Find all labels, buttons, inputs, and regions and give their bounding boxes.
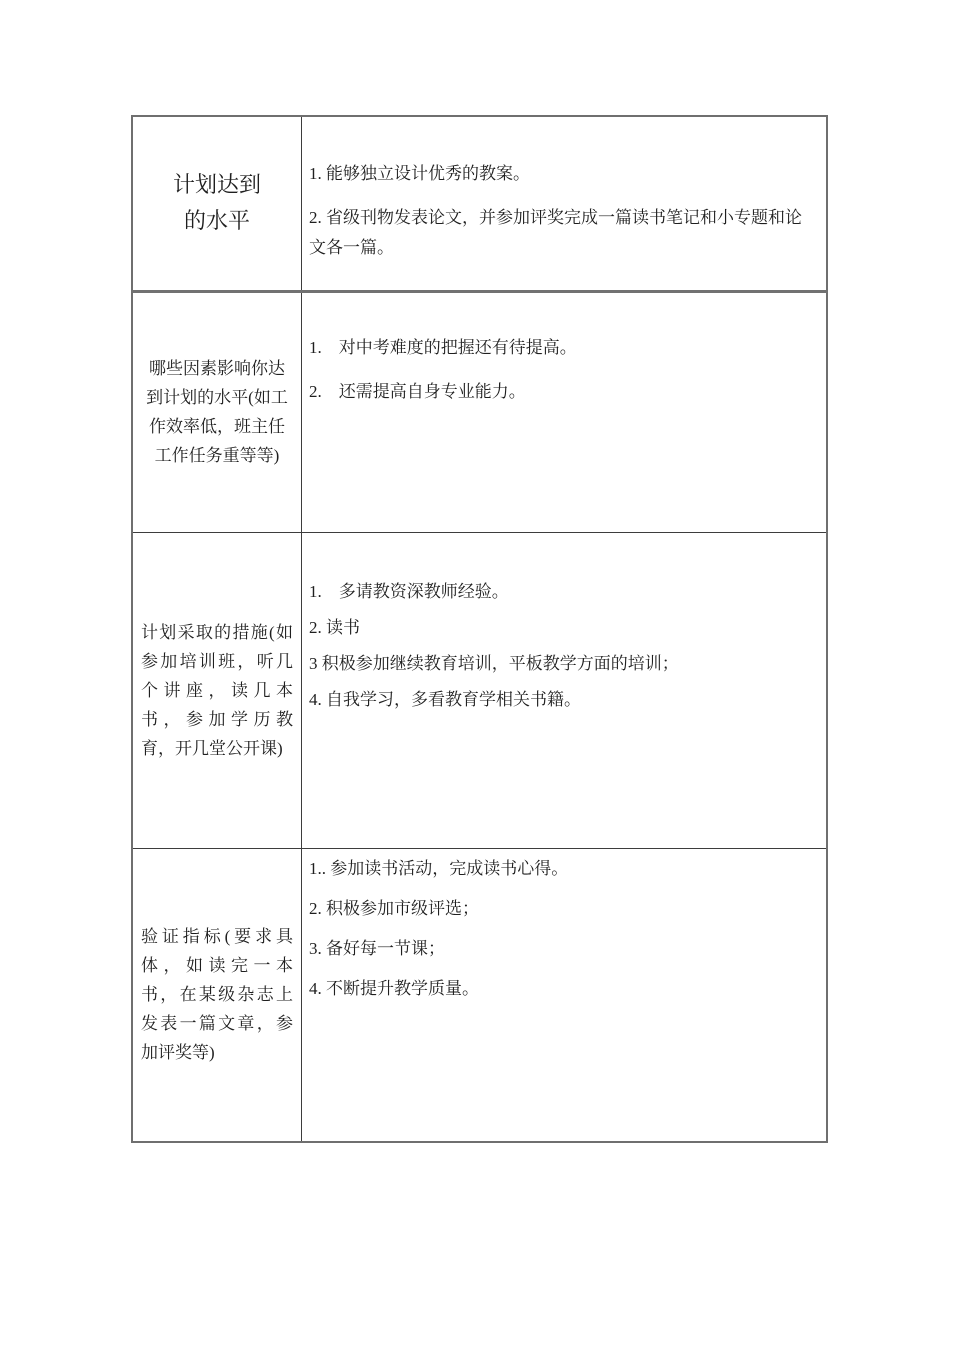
content-paragraph: 2. 还需提高自身专业能力。	[309, 377, 818, 407]
content-paragraph: 4. 自我学习，多看教育学相关书籍。	[309, 685, 818, 715]
row-label: 计划采取的措施(如参加培训班，听几个讲座，读几本书，参加学历教育，开几堂公开课)	[141, 618, 293, 763]
content-paragraph: 3 积极参加继续教育培训，平板教学方面的培训；	[309, 649, 818, 679]
row-label: 计划达到 的水平	[141, 167, 293, 239]
content-paragraph: 1.. 参加读书活动，完成读书心得。	[309, 854, 818, 884]
content-paragraph: 3. 备好每一节课；	[309, 934, 818, 964]
content-paragraph: 1. 多请教资深教师经验。	[309, 577, 818, 607]
row-label: 验证指标(要求具体，如读完一本书，在某级杂志上发表一篇文章，参加评奖等)	[141, 922, 293, 1067]
table-row-planned-measures: 计划采取的措施(如参加培训班，听几个讲座，读几本书，参加学历教育，开几堂公开课)…	[132, 532, 827, 848]
row-content-cell: 1. 多请教资深教师经验。 2. 读书 3 积极参加继续教育培训，平板教学方面的…	[302, 532, 828, 848]
table-row-planned-level: 计划达到 的水平 1. 能够独立设计优秀的教案。 2. 省级刊物发表论文，并参加…	[132, 116, 827, 291]
row-label-cell: 计划采取的措施(如参加培训班，听几个讲座，读几本书，参加学历教育，开几堂公开课)	[132, 532, 302, 848]
development-plan-table: 计划达到 的水平 1. 能够独立设计优秀的教案。 2. 省级刊物发表论文，并参加…	[131, 115, 828, 1143]
row-label: 哪些因素影响你达到计划的水平(如工作效率低，班主任工作任务重等等)	[141, 354, 293, 470]
content-paragraph: 1. 能够独立设计优秀的教案。	[309, 159, 818, 189]
row-label-cell: 验证指标(要求具体，如读完一本书，在某级杂志上发表一篇文章，参加评奖等)	[132, 848, 302, 1142]
row-content-cell: 1. 对中考难度的把握还有待提高。 2. 还需提高自身专业能力。	[302, 291, 828, 532]
row-content-cell: 1.. 参加读书活动，完成读书心得。 2. 积极参加市级评选； 3. 备好每一节…	[302, 848, 828, 1142]
document-page: 计划达到 的水平 1. 能够独立设计优秀的教案。 2. 省级刊物发表论文，并参加…	[0, 0, 960, 1357]
row-label-cell: 哪些因素影响你达到计划的水平(如工作效率低，班主任工作任务重等等)	[132, 291, 302, 532]
table-row-influencing-factors: 哪些因素影响你达到计划的水平(如工作效率低，班主任工作任务重等等) 1. 对中考…	[132, 291, 827, 532]
content-paragraph: 2. 省级刊物发表论文，并参加评奖完成一篇读书笔记和小专题和论文各一篇。	[309, 203, 818, 263]
row-content-cell: 1. 能够独立设计优秀的教案。 2. 省级刊物发表论文，并参加评奖完成一篇读书笔…	[302, 116, 828, 291]
table-row-verification-indicators: 验证指标(要求具体，如读完一本书，在某级杂志上发表一篇文章，参加评奖等) 1..…	[132, 848, 827, 1142]
row-label-cell: 计划达到 的水平	[132, 116, 302, 291]
content-paragraph: 1. 对中考难度的把握还有待提高。	[309, 333, 818, 363]
content-paragraph: 2. 积极参加市级评选；	[309, 894, 818, 924]
content-paragraph: 4. 不断提升教学质量。	[309, 974, 818, 1004]
content-paragraph: 2. 读书	[309, 613, 818, 643]
